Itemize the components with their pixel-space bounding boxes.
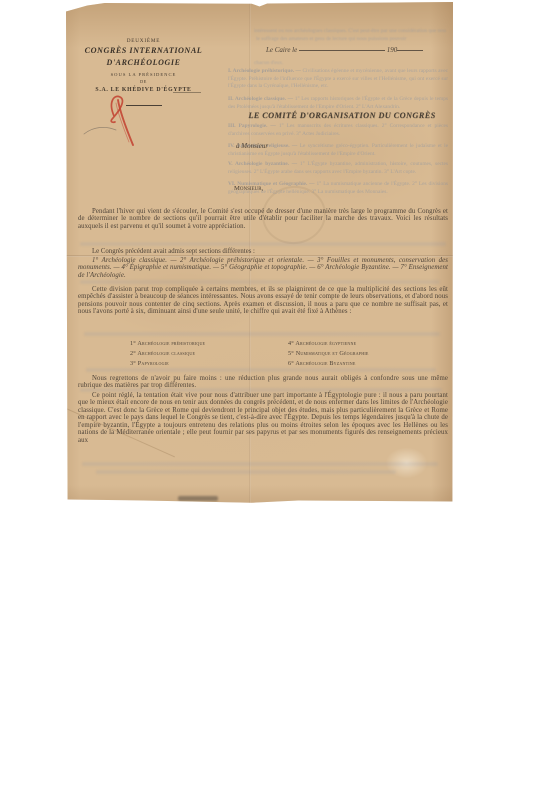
ghost-section-i: I. Archéologie préhistorique. — Civilisa… <box>228 68 448 91</box>
paragraph-2: Cette division parut trop compliquée à c… <box>78 286 448 316</box>
ghost-text-line: le suffrage des amateurs et gens de lect… <box>256 36 444 42</box>
ghost-smudge <box>84 332 440 336</box>
list-item: 2° Archéologie classique <box>130 349 288 359</box>
addressee-line: à Monsieur <box>236 142 268 150</box>
dateline-year: 190 <box>387 46 398 54</box>
paragraph-4: Ce point réglé, la tentation était vive … <box>78 392 448 444</box>
letterhead-line-de: DE <box>76 79 211 84</box>
letterhead-line-archeologie: D'ARCHÉOLOGIE <box>76 58 211 67</box>
ghost-smudge <box>82 462 438 466</box>
sections-list-left-column: 1° Archéologie préhistorique 2° Archéolo… <box>130 339 288 369</box>
paragraph-1: Pendant l'hiver qui vient de s'écouler, … <box>78 208 448 230</box>
paragraph-sections-inline: 1° Archéologie classique. — 2° Archéolog… <box>78 257 448 279</box>
committee-title: LE COMITÉ D'ORGANISATION DU CONGRÈS <box>238 111 446 120</box>
ghost-smudge <box>80 280 440 284</box>
ghost-section-ii: II. Archéologie classique. — 1° Les rapp… <box>228 96 448 111</box>
salutation: Monsieur, <box>234 185 263 192</box>
list-item: 4° Archéologie égyptienne <box>288 339 448 349</box>
ghost-smudge <box>96 470 396 474</box>
list-item: 1° Archéologie préhistorique <box>130 339 288 349</box>
dateline-place: Le Caire le <box>266 46 297 54</box>
paragraph-3: Nous regrettons de n'avoir pu faire moin… <box>78 375 448 390</box>
dateline-blank-rule <box>299 50 385 51</box>
sections-intro-line: Le Congrès précédent avait admis sept se… <box>78 248 448 255</box>
list-item: 3° Papyrologie <box>130 359 288 369</box>
document-scan: intéressent ou nos archéologues classiqu… <box>0 0 549 800</box>
list-item: 6° Archéologie Byzantine <box>288 359 448 369</box>
dateline: Le Caire le 190 <box>266 46 423 54</box>
bottom-edge-text-smudge <box>178 496 218 501</box>
paper-sheet: intéressent ou nos archéologues classiqu… <box>66 2 453 503</box>
dateline-year-rule <box>397 50 423 51</box>
red-pencil-mark <box>80 92 150 152</box>
ghost-section-iii: III. Papyrologie. — 1° Les manuscrits de… <box>228 123 448 138</box>
stray-ink-dash <box>173 92 201 93</box>
letterhead-line-congres: CONGRÈS INTERNATIONAL <box>76 46 211 55</box>
ghost-text-line: chacun d'eux. <box>254 60 334 66</box>
ghost-section-v: V. Archéologie byzantine. — 1° L'Égypte … <box>228 161 448 176</box>
sections-list-right-column: 4° Archéologie égyptienne 5° Numismatiqu… <box>288 339 448 369</box>
sections-list: 1° Archéologie préhistorique 2° Archéolo… <box>78 339 448 369</box>
ghost-smudge <box>80 242 446 246</box>
gray-pencil-arc <box>84 127 116 134</box>
ghost-text-line: intéressent ou nos archéologues classiqu… <box>254 28 446 34</box>
list-item: 5° Numismatique et Géographie <box>288 349 448 359</box>
letterhead-line-deuxieme: DEUXIÈME <box>76 38 211 44</box>
letterhead-line-presidence: SOUS LA PRÉSIDENCE <box>76 72 211 77</box>
